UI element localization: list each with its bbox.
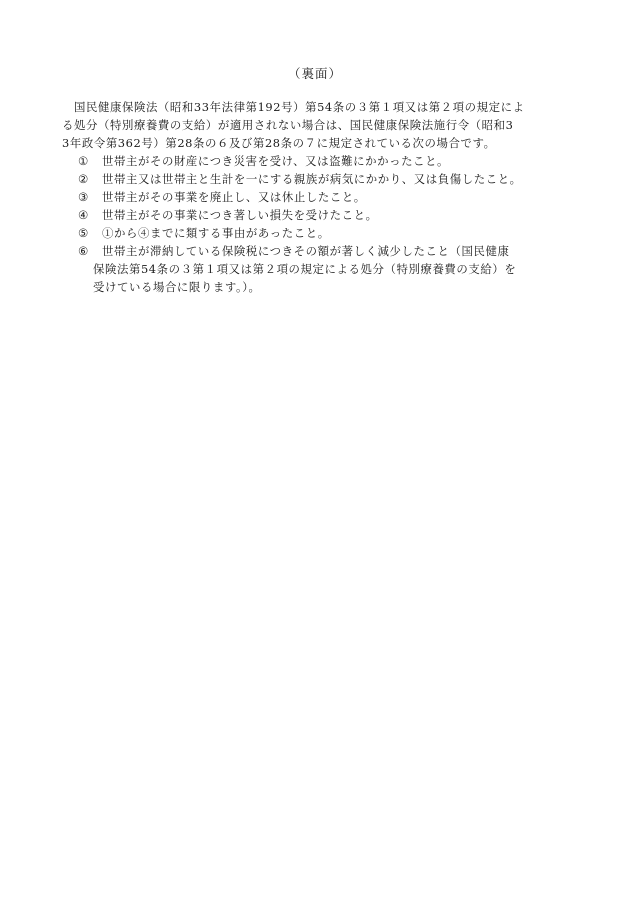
item-text: 世帯主がその事業を廃止し、又は休止したこと。 — [102, 190, 366, 204]
item-text: 世帯主がその事業につき著しい損失を受けたこと。 — [102, 208, 378, 222]
item-text: 世帯主が滞納している保険税につきその額が著しく減少したこと（国民健康 — [102, 244, 509, 258]
item-number: ⑤ — [78, 226, 102, 240]
intro-line-2: る処分（特別療養費の支給）が適用されない場合は、国民健康保険法施行令（昭和3 — [62, 118, 514, 132]
list-item-1: ①世帯主がその財産につき災害を受け、又は盗難にかかったこと。 — [78, 154, 449, 168]
item-number: ② — [78, 172, 102, 186]
intro-line-3: 3年政令第362号）第28条の６及び第28条の７に規定されている次の場合です。 — [62, 136, 496, 150]
page-title: （裏面） — [0, 64, 630, 82]
item-text: ①から④までに類する事由があったこと。 — [102, 226, 330, 240]
list-item-4: ④世帯主がその事業につき著しい損失を受けたこと。 — [78, 208, 378, 222]
item-number: ③ — [78, 190, 102, 204]
list-item-3: ③世帯主がその事業を廃止し、又は休止したこと。 — [78, 190, 366, 204]
list-item-6: ⑥世帯主が滞納している保険税につきその額が著しく減少したこと（国民健康 — [78, 244, 509, 258]
item-text: 世帯主がその財産につき災害を受け、又は盗難にかかったこと。 — [102, 154, 449, 168]
intro-line-1: 国民健康保険法（昭和33年法律第192号）第54条の３第１項又は第２項の規定によ — [74, 100, 525, 114]
item-number: ⑥ — [78, 244, 102, 258]
list-item-2: ②世帯主又は世帯主と生計を一にする親族が病気にかかり、又は負傷したこと。 — [78, 172, 522, 186]
list-item-5: ⑤①から④までに類する事由があったこと。 — [78, 226, 330, 240]
list-item-6-continuation-2: 受けている場合に限ります。）。 — [93, 280, 261, 294]
item-text: 世帯主又は世帯主と生計を一にする親族が病気にかかり、又は負傷したこと。 — [102, 172, 522, 186]
list-item-6-continuation-1: 保険法第54条の３第１項又は第２項の規定による処分（特別療養費の支給）を — [93, 262, 516, 276]
item-number: ① — [78, 154, 102, 168]
document-page: （裏面） 国民健康保険法（昭和33年法律第192号）第54条の３第１項又は第２項… — [0, 0, 630, 903]
item-number: ④ — [78, 208, 102, 222]
